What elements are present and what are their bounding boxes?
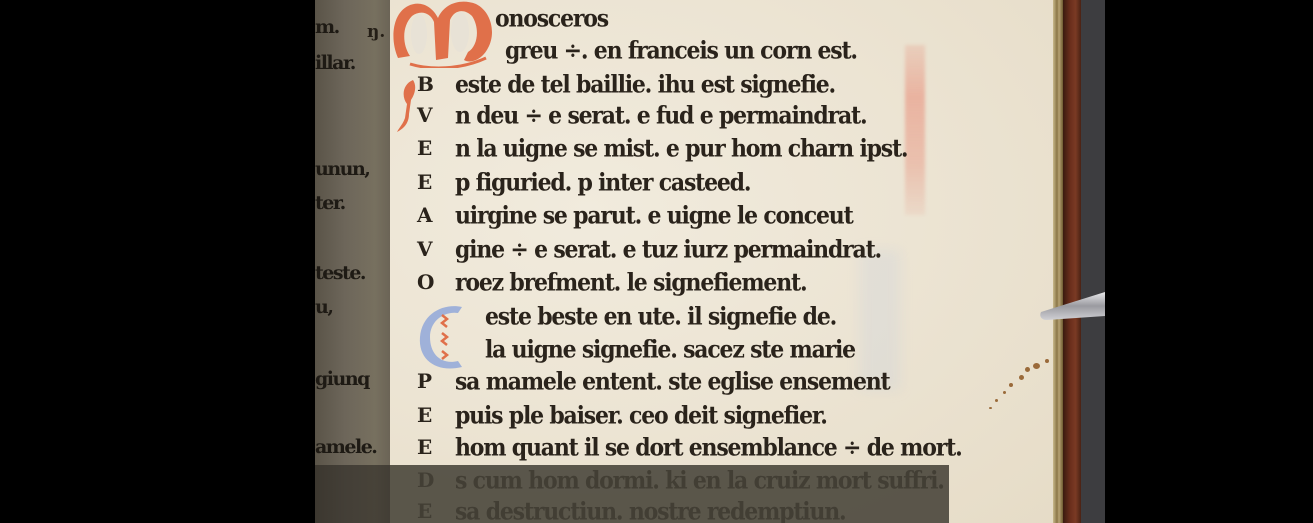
manuscript-text-line: n deu ÷ e serat. e fud e permaindrat. xyxy=(455,101,866,130)
facing-page-text-line: u, xyxy=(315,296,332,318)
manuscript-text-line: puis ple baiser. ceo deit signefier. xyxy=(455,401,827,430)
red-ink-offset-stain xyxy=(905,45,925,215)
manuscript-text-line: onosceros xyxy=(495,4,608,33)
manuscript-text-line: sa mamele entent. ste eglise ensement xyxy=(455,367,890,396)
gutter-shadow-overlay xyxy=(315,465,390,523)
foxing-spots xyxy=(965,355,1055,425)
leather-binding xyxy=(1063,0,1081,523)
facing-page-text-line: amele. xyxy=(315,436,376,458)
manuscript-text-line: este de tel baillie. ihu est signefie. xyxy=(455,70,835,99)
blue-initial-c-icon xyxy=(418,303,468,373)
manuscript-text-line: la uigne signefie. sacez ste marie xyxy=(485,335,855,364)
facing-page-mark: ŋ. xyxy=(367,22,385,42)
facing-page-text-line: illar. xyxy=(315,52,355,74)
manuscript-text-line: este beste en ute. il signefie de. xyxy=(485,302,836,331)
facing-page-text-line: unun, xyxy=(315,158,369,180)
marginal-guide-letter: V xyxy=(417,237,433,261)
manuscript-text-line: gine ÷ e serat. e tuz iurz permaindrat. xyxy=(455,235,881,264)
facing-page-text-line: giunq xyxy=(315,368,369,390)
page-weight-pointer-icon xyxy=(1035,286,1105,328)
facing-page-text-line: ter. xyxy=(315,192,345,214)
manuscript-text-line: roez brefment. le signefiement. xyxy=(455,268,806,297)
marginal-guide-letter: E xyxy=(417,435,432,459)
marginal-guide-letter: E xyxy=(417,136,432,160)
facing-page-gutter: ŋ. m.illar.unun,ter.teste.u,giunqamele. xyxy=(315,0,390,523)
manuscript-text-line: greu ÷. en franceis un corn est. xyxy=(505,36,857,65)
manuscript-text-line: hom quant il se dort ensemblance ÷ de mo… xyxy=(455,433,962,462)
facing-page-text-line: m. xyxy=(315,16,339,38)
facing-page-text-line: teste. xyxy=(315,262,365,284)
marginal-guide-letter: E xyxy=(417,170,432,194)
marginal-guide-letter: E xyxy=(417,403,432,427)
marginal-guide-letter: V xyxy=(417,103,433,127)
marginal-guide-letter: O xyxy=(417,270,434,294)
dark-selection-overlay xyxy=(390,465,949,523)
marginal-guide-letter: A xyxy=(417,203,433,227)
page-edge xyxy=(1053,0,1063,523)
manuscript-page: onoscerosgreu ÷. en franceis un corn est… xyxy=(390,0,1053,523)
marginal-guide-letter: B xyxy=(417,72,434,96)
marginal-guide-letter: P xyxy=(417,369,432,393)
red-initial-m-icon xyxy=(390,0,498,68)
manuscript-text-line: n la uigne se mist. e pur hom charn ipst… xyxy=(455,134,907,163)
cradle-background xyxy=(1081,0,1105,523)
manuscript-viewer: ŋ. m.illar.unun,ter.teste.u,giunqamele. … xyxy=(315,0,1105,523)
manuscript-text-line: p figuried. p inter casteed. xyxy=(455,168,750,197)
red-paraph-icon xyxy=(395,78,417,133)
manuscript-text-line: uirgine se parut. e uigne le conceut xyxy=(455,201,853,230)
